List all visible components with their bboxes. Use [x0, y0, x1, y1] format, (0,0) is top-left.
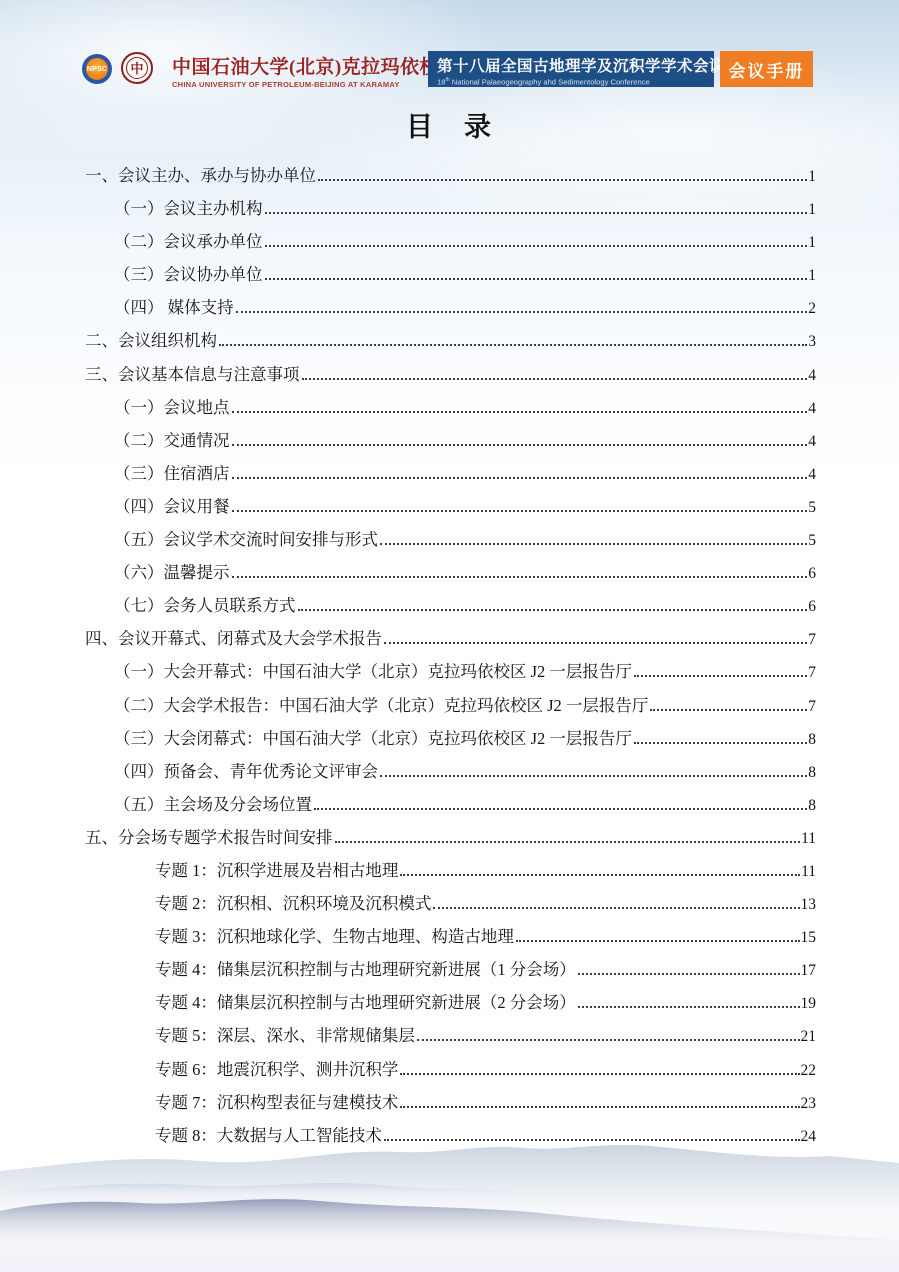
toc-entry-page: 8: [808, 764, 816, 782]
toc-entry: （一）会议主办机构1: [85, 195, 816, 228]
toc-leader-dots: [232, 411, 808, 413]
toc-entry-page: 1: [808, 168, 816, 186]
toc-entry: 专题 4：储集层沉积控制与古地理研究新进展（2 分会场）19: [85, 989, 816, 1022]
toc-entry-page: 6: [808, 565, 816, 583]
conference-title-banner: 第十八届全国古地理学及沉积学学术会议 18th National Palaeog…: [428, 51, 714, 87]
toc-leader-dots: [314, 808, 807, 810]
toc-entry-page: 4: [808, 400, 816, 418]
conference-title-cn: 第十八届全国古地理学及沉积学学术会议: [437, 54, 714, 76]
toc-entry: （二）会议承办单位1: [85, 228, 816, 261]
toc-entry-label: 专题 5：深层、深水、非常规储集层: [155, 1022, 415, 1046]
toc-leader-dots: [302, 378, 808, 380]
toc-entry: （五）主会场及分会场位置8: [85, 791, 816, 824]
toc-entry: （七）会务人员联系方式6: [85, 592, 816, 625]
toc-entry-label: （一）会议主办机构: [114, 195, 263, 219]
toc-leader-dots: [433, 907, 799, 909]
toc-entry: 一、会议主办、承办与协办单位1: [85, 162, 816, 195]
toc-entry-page: 13: [801, 896, 817, 914]
toc-leader-dots: [318, 179, 807, 181]
toc-entry-page: 15: [801, 929, 817, 947]
conference-en-rest: National Palaeogeography ahd Sedimentolo…: [450, 78, 650, 87]
toc-entry-label: 三、会议基本信息与注意事项: [85, 361, 300, 385]
university-name-block: 中国石油大学(北京)克拉玛依校区 CHINA UNIVERSITY OF PET…: [172, 52, 432, 89]
toc-entry-label: （七）会务人员联系方式: [114, 592, 296, 616]
toc-entry: 专题 5：深层、深水、非常规储集层21: [85, 1022, 816, 1055]
toc-leader-dots: [265, 245, 808, 247]
toc-entry-page: 3: [808, 333, 816, 351]
toc-entry: （四）会议用餐5: [85, 493, 816, 526]
toc-leader-dots: [634, 742, 807, 744]
toc-entry-label: 专题 2：沉积相、沉积环境及沉积模式: [155, 890, 431, 914]
toc-leader-dots: [265, 212, 808, 214]
toc-entry-label: 专题 3：沉积地球化学、生物古地理、构造古地理: [155, 923, 514, 947]
toc-leader-dots: [578, 1006, 800, 1008]
toc-entry-label: （三）大会闭幕式：中国石油大学（北京）克拉玛依校区 J2 一层报告厅: [114, 725, 632, 749]
toc-leader-dots: [634, 675, 807, 677]
toc-entry-page: 11: [801, 830, 816, 848]
toc-entry-page: 5: [808, 499, 816, 517]
toc-entry-page: 4: [808, 466, 816, 484]
npsc-logo-text: NPSC: [87, 66, 107, 73]
toc-entry-page: 4: [808, 367, 816, 385]
university-seal-icon: 中: [121, 52, 153, 84]
university-seal-glyph: 中: [126, 57, 148, 79]
toc-leader-dots: [578, 973, 800, 975]
toc-leader-dots: [400, 874, 800, 876]
toc-entry-label: （四） 媒体支持: [114, 294, 234, 318]
toc-entry: （二）交通情况4: [85, 427, 816, 460]
toc-entry: 专题 4：储集层沉积控制与古地理研究新进展（1 分会场）17: [85, 956, 816, 989]
npsc-society-logo-icon: NPSC: [82, 54, 112, 84]
toc-entry-label: （二）大会学术报告：中国石油大学（北京）克拉玛依校区 J2 一层报告厅: [114, 692, 648, 716]
toc-entry-label: （三）住宿酒店: [114, 460, 230, 484]
toc-entry-page: 21: [801, 1028, 817, 1046]
toc-entry: 四、会议开幕式、闭幕式及大会学术报告7: [85, 625, 816, 658]
toc-entry: 专题 3：沉积地球化学、生物古地理、构造古地理15: [85, 923, 816, 956]
toc-entry-page: 4: [808, 433, 816, 451]
conference-title-en: 18th National Palaeogeography ahd Sedime…: [437, 77, 714, 87]
toc-entry: （一）大会开幕式：中国石油大学（北京）克拉玛依校区 J2 一层报告厅7: [85, 658, 816, 691]
page-title: 目 录: [0, 105, 899, 144]
toc-entry: （三）大会闭幕式：中国石油大学（北京）克拉玛依校区 J2 一层报告厅8: [85, 725, 816, 758]
toc-entry-page: 1: [808, 267, 816, 285]
toc-entry: （五）会议学术交流时间安排与形式5: [85, 526, 816, 559]
toc-entry: （四）预备会、青年优秀论文评审会8: [85, 758, 816, 791]
document-page: NPSC 中 中国石油大学(北京)克拉玛依校区 CHINA UNIVERSITY…: [0, 0, 899, 1272]
toc-entry-page: 11: [801, 863, 816, 881]
university-name-cn: 中国石油大学(北京)克拉玛依校区: [172, 52, 432, 79]
toc-leader-dots: [232, 576, 808, 578]
toc-entry: 专题 7：沉积构型表征与建模技术23: [85, 1089, 816, 1122]
toc-entry-page: 1: [808, 201, 816, 219]
toc-entry-label: 专题 7：沉积构型表征与建模技术: [155, 1089, 398, 1113]
toc-entry-label: （五）主会场及分会场位置: [114, 791, 312, 815]
toc-entry-label: 专题 4：储集层沉积控制与古地理研究新进展（1 分会场）: [155, 956, 576, 980]
toc-entry-label: （一）会议地点: [114, 394, 230, 418]
toc-entry-page: 1: [808, 234, 816, 252]
toc-leader-dots: [400, 1073, 799, 1075]
toc-entry-label: 五、分会场专题学术报告时间安排: [85, 824, 333, 848]
toc-entry: 五、分会场专题学术报告时间安排11: [85, 824, 816, 857]
toc-entry: （一）会议地点4: [85, 394, 816, 427]
toc-entry-label: 四、会议开幕式、闭幕式及大会学术报告: [85, 625, 382, 649]
toc-entry-page: 17: [801, 962, 817, 980]
toc-leader-dots: [650, 709, 807, 711]
toc-entry: 二、会议组织机构3: [85, 327, 816, 360]
toc-leader-dots: [219, 344, 807, 346]
toc-entry-label: （五）会议学术交流时间安排与形式: [114, 526, 378, 550]
toc-entry-page: 8: [808, 731, 816, 749]
toc-entry-label: 专题 4：储集层沉积控制与古地理研究新进展（2 分会场）: [155, 989, 576, 1013]
toc-leader-dots: [417, 1039, 800, 1041]
toc-entry-label: （二）交通情况: [114, 427, 230, 451]
toc-entry-page: 8: [808, 797, 816, 815]
toc-leader-dots: [380, 543, 807, 545]
toc-entry-page: 7: [808, 631, 816, 649]
toc-entry-label: 二、会议组织机构: [85, 327, 217, 351]
toc-entry: 专题 6：地震沉积学、测井沉积学22: [85, 1056, 816, 1089]
toc-leader-dots: [236, 311, 808, 313]
toc-leader-dots: [516, 940, 800, 942]
toc-leader-dots: [384, 642, 807, 644]
handbook-badge: 会议手册: [720, 51, 813, 87]
toc-entry-page: 19: [801, 995, 817, 1013]
toc-leader-dots: [400, 1106, 799, 1108]
toc-entry-label: 专题 6：地震沉积学、测井沉积学: [155, 1056, 398, 1080]
toc-entry-label: （六）温馨提示: [114, 559, 230, 583]
toc-entry: （四） 媒体支持2: [85, 294, 816, 327]
toc-entry-label: （四）预备会、青年优秀论文评审会: [114, 758, 378, 782]
toc-entry: 专题 1：沉积学进展及岩相古地理11: [85, 857, 816, 890]
toc-entry-label: （二）会议承办单位: [114, 228, 263, 252]
toc-entry-label: 一、会议主办、承办与协办单位: [85, 162, 316, 186]
toc-entry: 专题 2：沉积相、沉积环境及沉积模式13: [85, 890, 816, 923]
toc-leader-dots: [380, 775, 807, 777]
toc-leader-dots: [265, 278, 808, 280]
toc-entry-page: 23: [801, 1095, 817, 1113]
university-name-en: CHINA UNIVERSITY OF PETROLEUM-BEIJING AT…: [172, 80, 432, 89]
toc-leader-dots: [232, 477, 808, 479]
toc-entry-page: 2: [808, 300, 816, 318]
toc-entry: （二）大会学术报告：中国石油大学（北京）克拉玛依校区 J2 一层报告厅7: [85, 692, 816, 725]
mountain-landscape-art: [0, 1137, 899, 1272]
toc-entry-label: 专题 1：沉积学进展及岩相古地理: [155, 857, 398, 881]
page-header: NPSC 中 中国石油大学(北京)克拉玛依校区 CHINA UNIVERSITY…: [0, 0, 899, 110]
toc-leader-dots: [232, 444, 808, 446]
toc-entry: （六）温馨提示6: [85, 559, 816, 592]
toc-entry-label: （三）会议协办单位: [114, 261, 263, 285]
toc-entry: （三）住宿酒店4: [85, 460, 816, 493]
toc-entry: （三）会议协办单位1: [85, 261, 816, 294]
toc-entry: 三、会议基本信息与注意事项4: [85, 361, 816, 394]
toc-entry-page: 22: [801, 1062, 817, 1080]
toc-leader-dots: [298, 609, 808, 611]
toc-list: 一、会议主办、承办与协办单位1（一）会议主办机构1（二）会议承办单位1（三）会议…: [85, 162, 816, 1155]
toc-entry-page: 6: [808, 598, 816, 616]
toc-entry-page: 7: [808, 664, 816, 682]
toc-entry-label: （一）大会开幕式：中国石油大学（北京）克拉玛依校区 J2 一层报告厅: [114, 658, 632, 682]
toc-leader-dots: [335, 841, 801, 843]
toc-entry-label: （四）会议用餐: [114, 493, 230, 517]
toc-entry-page: 7: [808, 698, 816, 716]
toc-leader-dots: [232, 510, 808, 512]
toc-entry-page: 5: [808, 532, 816, 550]
